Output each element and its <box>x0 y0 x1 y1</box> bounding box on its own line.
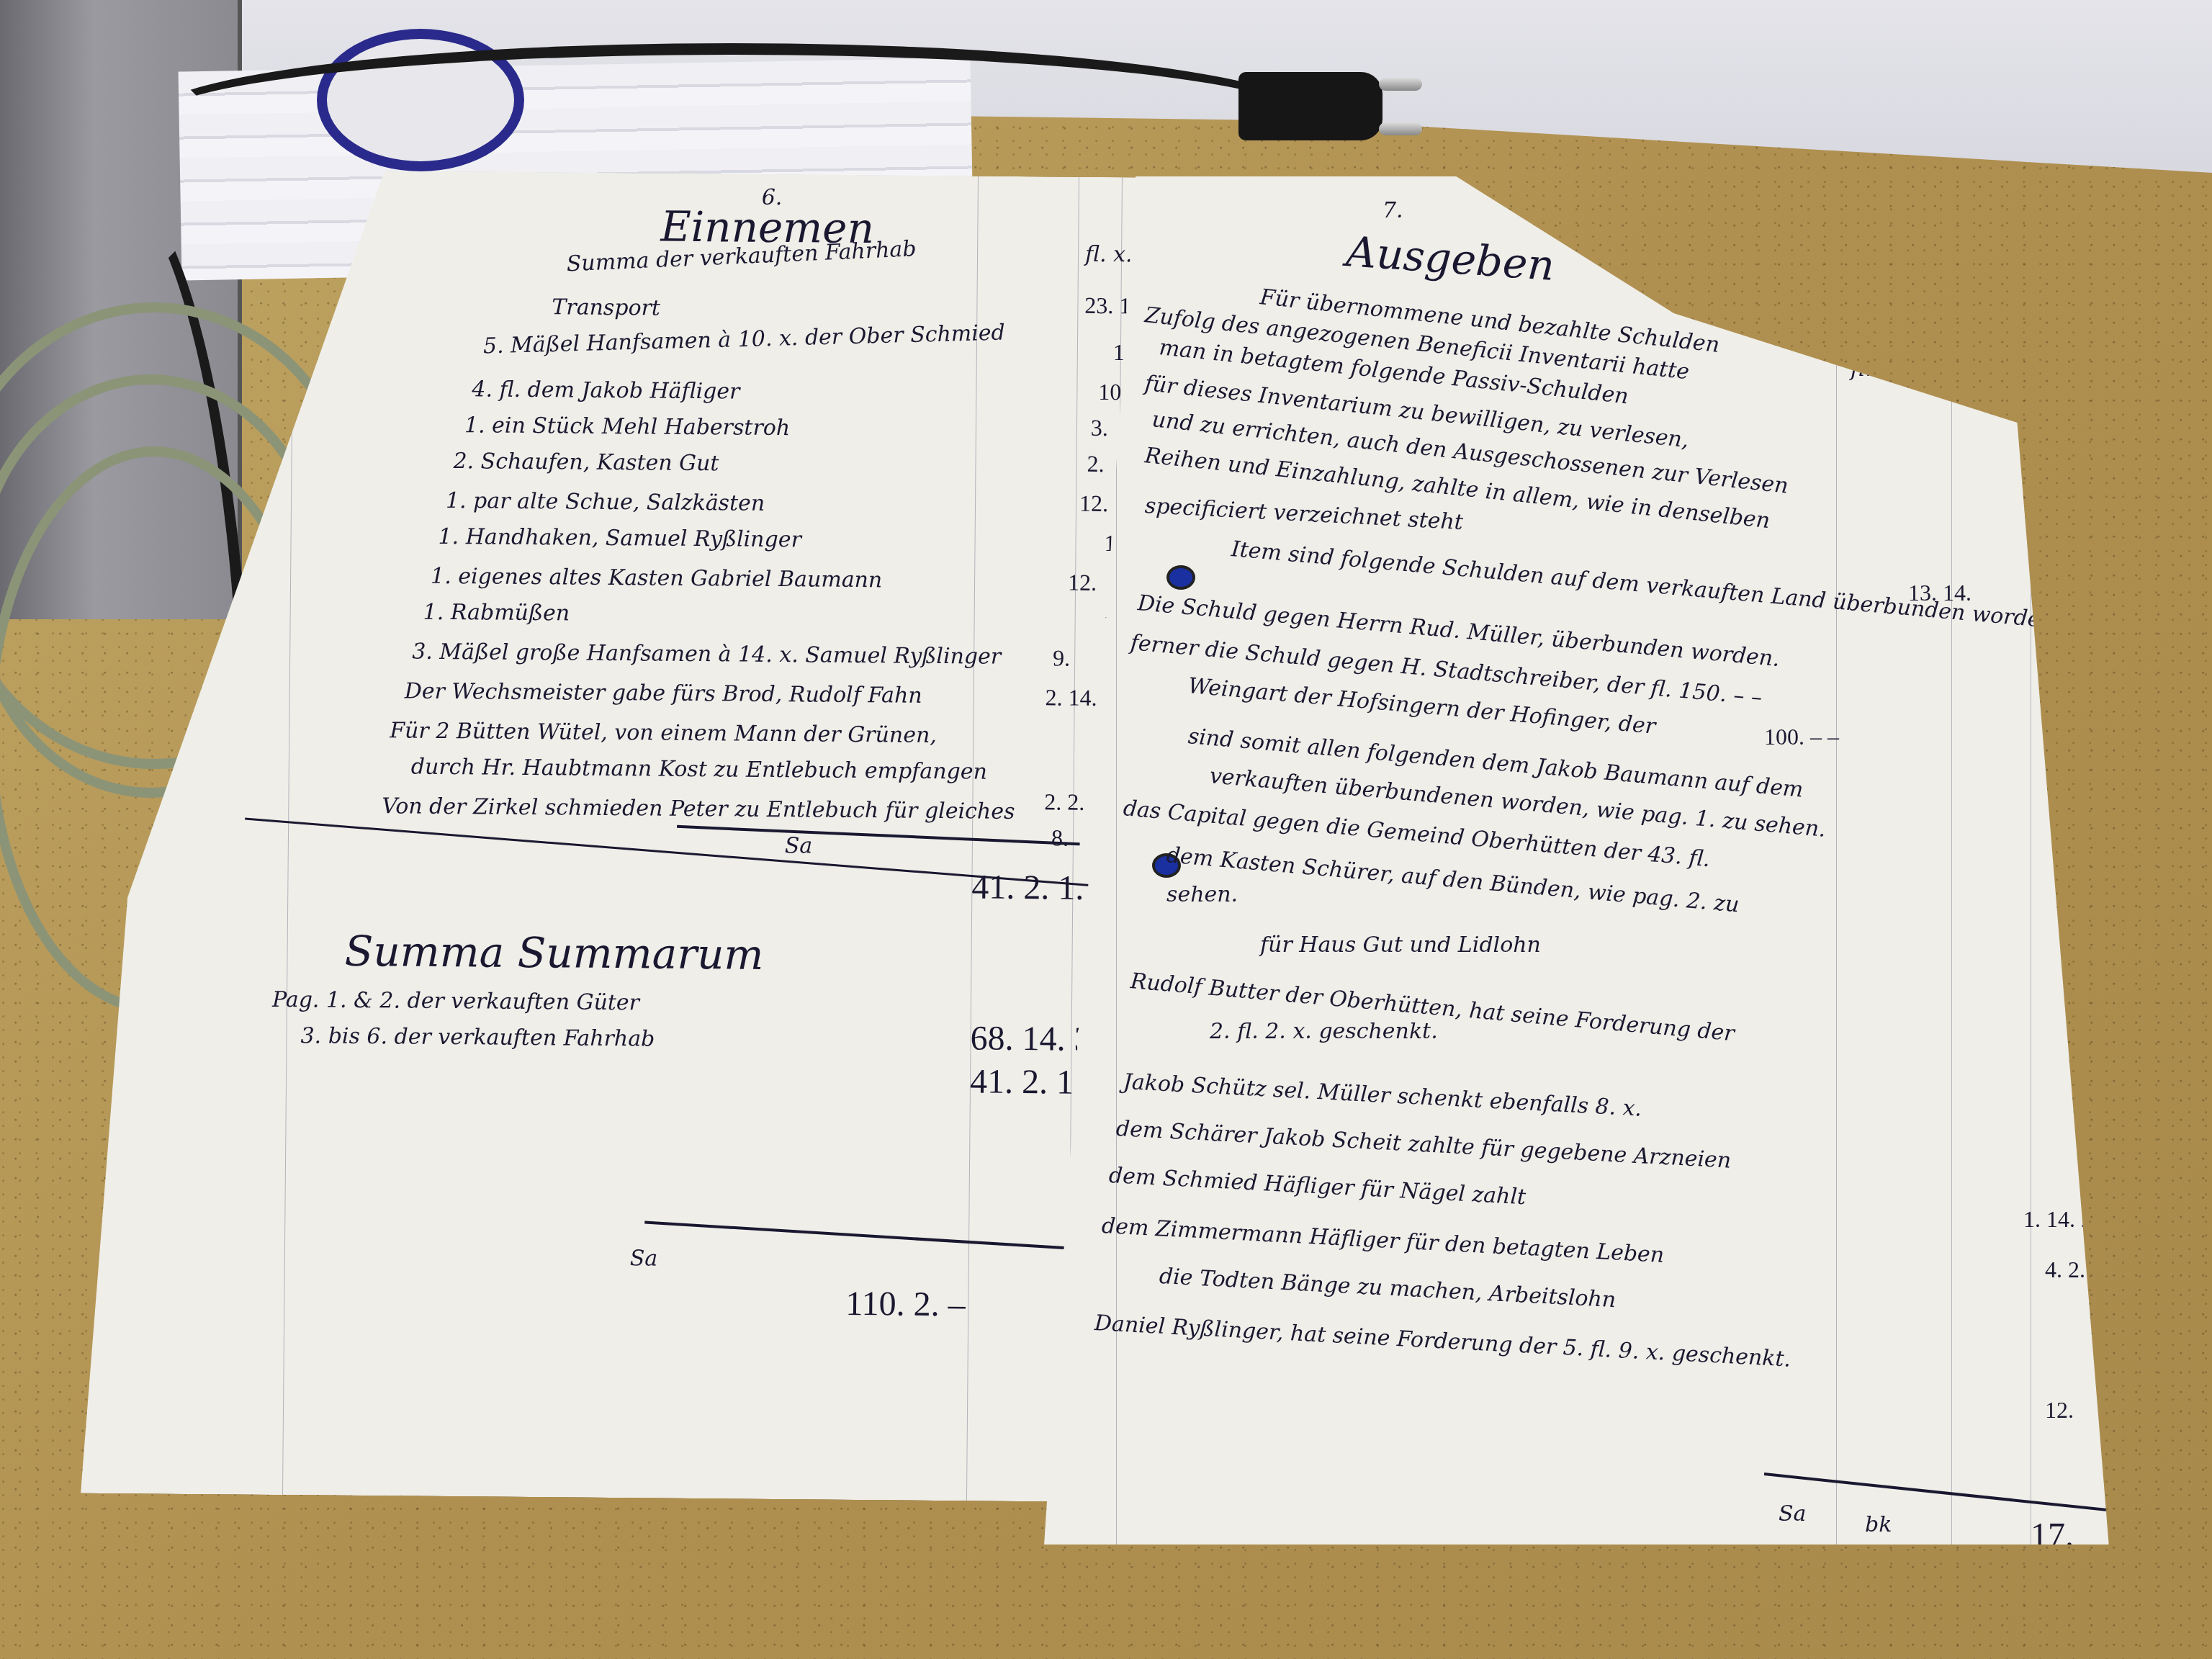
total-mark: Sa <box>630 1246 658 1271</box>
summa-amount: 41. 2. 1. <box>970 1061 1082 1102</box>
payment-item: dem Schärer Jakob Scheit zahlte für gege… <box>1115 1116 1732 1174</box>
power-plug <box>1238 72 1382 140</box>
debt-amount: 100. – – <box>1764 724 1839 750</box>
entry-amount: 2. <box>1087 451 1104 477</box>
entry-amount: 2. 2. <box>1044 788 1084 815</box>
entry: 2. Schaufen, Kasten Gut <box>453 449 719 476</box>
total-note: bk <box>1865 1512 1892 1537</box>
entry: 4. fl. dem Jakob Häfliger <box>472 377 739 404</box>
payment-item: Jakob Schütz sel. Müller schenkt ebenfal… <box>1123 1069 1642 1122</box>
entry: 3. Mäßel große Hanfsamen à 14. x. Samuel… <box>412 639 1001 670</box>
summa-entry: Pag. 1. & 2. der verkauften Güter <box>272 987 639 1015</box>
entry: Von der Zirkel schmieden Peter zu Entleb… <box>382 793 1015 824</box>
payment-item: dem Schmied Häfliger für Nägel zahlt <box>1108 1163 1527 1210</box>
entry-amount: 9. <box>1053 644 1070 671</box>
total-rule <box>644 1220 1076 1250</box>
payment-item: 2. fl. 2. x. geschenkt. <box>1210 1019 1438 1044</box>
entry-amount: 2. 14. <box>1046 684 1097 711</box>
sub-amount: 13. 14. <box>1908 580 1972 606</box>
entry: 1. ein Stück Mehl Haberstroh <box>464 413 791 441</box>
binding-hole <box>1166 565 1195 590</box>
summa-amount: 68. 14. 3 <box>970 1018 1091 1058</box>
section-divider <box>245 818 1128 889</box>
intro-line: specificiert verzeichnet steht <box>1144 493 1464 535</box>
payment-item: dem Zimmermann Häfliger für den betagten… <box>1101 1213 1665 1268</box>
debt-item: sehen. <box>1166 882 1238 907</box>
entry-amount: 3. <box>1091 415 1108 441</box>
total-mark: Sa <box>1779 1501 1806 1527</box>
summa-title: Summa Summarum <box>344 927 763 979</box>
entry: 5. Mäßel Hanfsamen à 10. x. der Ober Sch… <box>482 320 1005 359</box>
subtotal-mark: Sa <box>785 833 813 858</box>
grand-total: 110. 2. – <box>845 1284 966 1324</box>
entry: Für 2 Bütten Wütel, von einem Mann der G… <box>390 718 937 748</box>
entry: Der Wechsmeister gabe fürs Brod, Rudolf … <box>405 679 922 709</box>
entry: 1. Rabmüßen <box>423 600 570 626</box>
payment-item: Daniel Ryßlinger, hat seine Forderung de… <box>1094 1310 1791 1372</box>
subtotal-amount: 41. 2. 1. <box>971 867 1084 907</box>
entry-amount: 8. <box>1051 824 1069 851</box>
summa-entry: 3. bis 6. der verkauften Fahrhab <box>300 1023 655 1051</box>
plug-pin <box>1379 122 1422 135</box>
entry: 1. par alte Schue, Salzkästen <box>446 488 765 516</box>
entry: 1. eigenes altes Kasten Gabriel Baumann <box>431 564 882 593</box>
payment-amount: 4. 2. <box>2045 1256 2085 1283</box>
payment-amount: 12. <box>2045 1397 2074 1424</box>
page-title: Ausgeben <box>1345 227 1556 290</box>
section2-heading: für Haus Gut und Lidlohn <box>1260 932 1541 958</box>
black-cable <box>144 43 1319 196</box>
entry: durch Hr. Haubtmann Kost zu Entlebuch em… <box>411 755 987 785</box>
plug-pin <box>1379 78 1422 91</box>
payment-item: die Todten Bänge zu machen, Arbeitslohn <box>1159 1264 1617 1313</box>
entry-amount: 12. <box>1068 570 1097 596</box>
entry: 1. Handhaken, Samuel Ryßlinger <box>438 524 801 552</box>
subtotal-rule <box>677 825 1080 845</box>
entry-amount: 12. <box>1079 490 1108 517</box>
transport-label: Transport <box>552 295 660 320</box>
page-number: 7. <box>1382 198 1403 223</box>
